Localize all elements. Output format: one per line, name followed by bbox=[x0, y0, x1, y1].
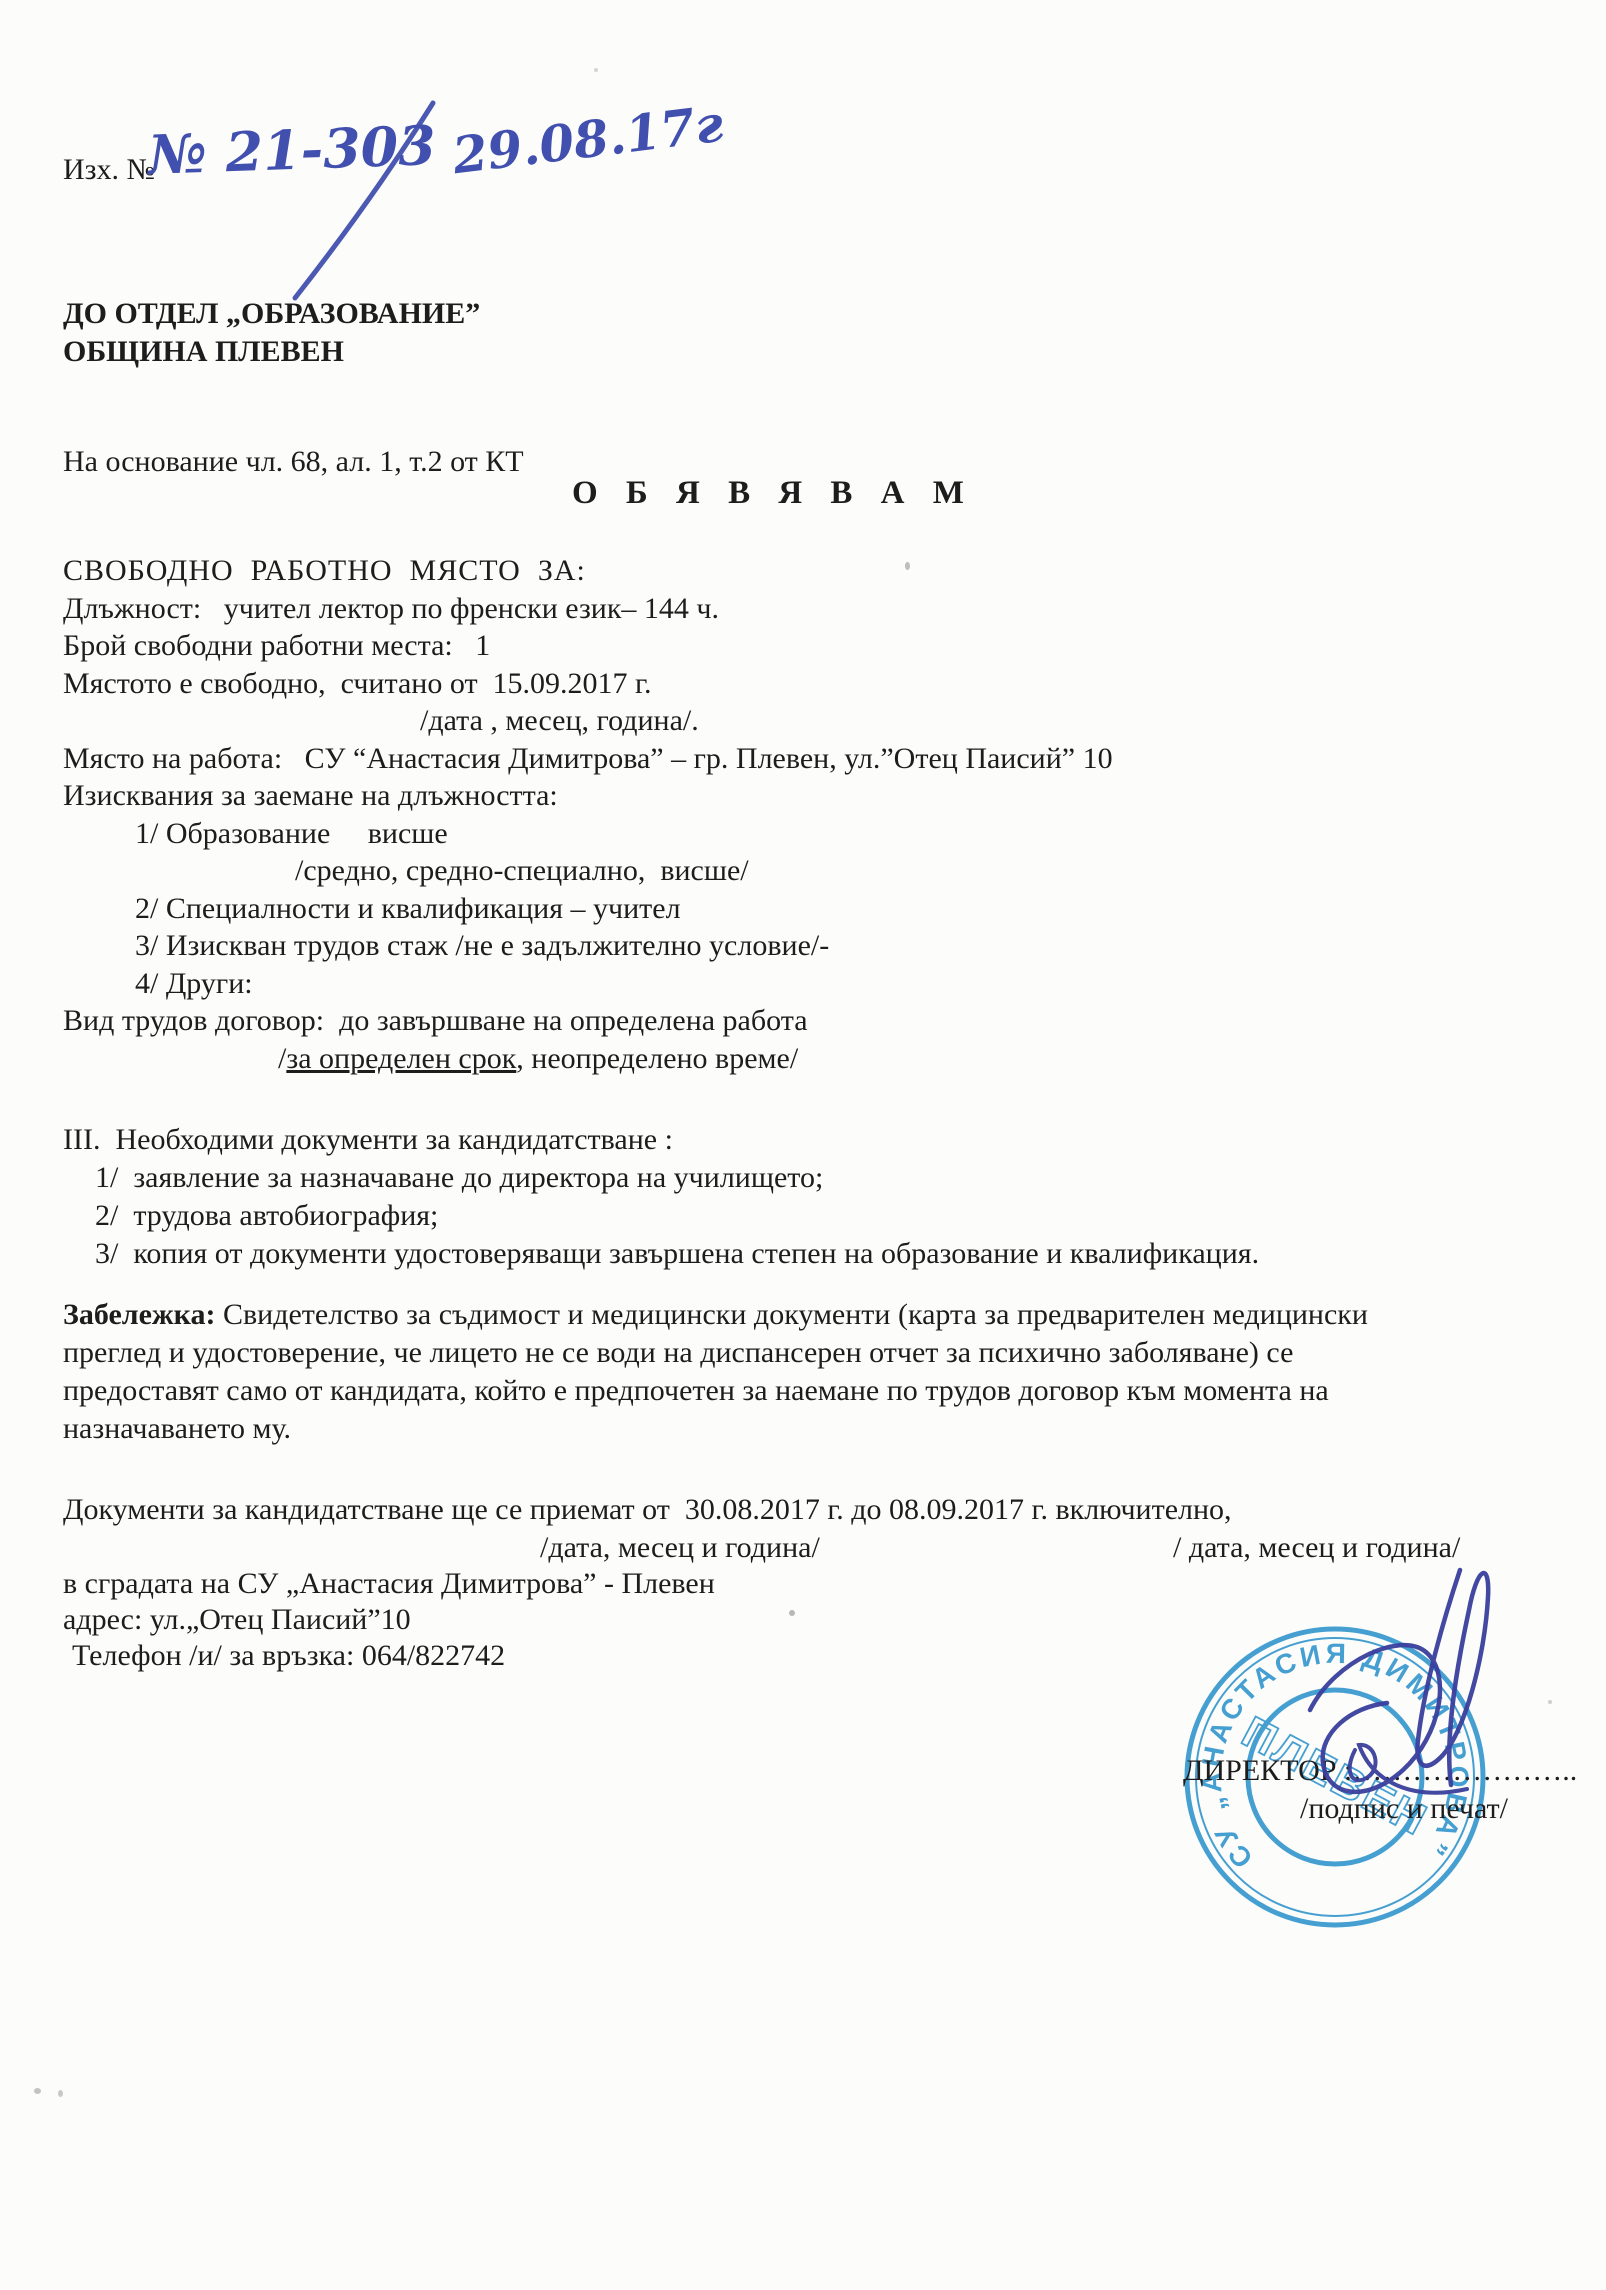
note-line-3: предоставят само от кандидата, който е п… bbox=[63, 1373, 1329, 1409]
addressee-line-1: ДО ОТДЕЛ „ОБРАЗОВАНИЕ” bbox=[63, 296, 480, 332]
vacancy-available-line: Мястото е свободно, считано от 15.09.201… bbox=[63, 666, 651, 702]
addressee-line-2: ОБЩИНА ПЛЕВЕН bbox=[63, 334, 344, 370]
requirement-1: 1/ Образование висше bbox=[135, 816, 448, 852]
vacancy-count-line: Брой свободни работни места: 1 bbox=[63, 628, 490, 664]
contract-type-line: Вид трудов договор: до завършване на опр… bbox=[63, 1003, 808, 1039]
scan-speck bbox=[789, 1610, 795, 1616]
requirement-3: 3/ Изискван трудов стаж /не е задължител… bbox=[135, 928, 829, 964]
legal-basis-line: На основание чл. 68, ал. 1, т.2 от КТ bbox=[63, 444, 524, 480]
documents-item-2: 2/ трудова автобиография; bbox=[95, 1198, 438, 1234]
submission-line-1: Документи за кандидатстване ще се приема… bbox=[63, 1492, 1232, 1528]
note-line-4: назначаването му. bbox=[63, 1411, 291, 1447]
contract-note-underlined: за определен срок bbox=[286, 1042, 516, 1075]
requirement-2: 2/ Специалности и квалификация – учител bbox=[135, 891, 681, 927]
note-line-1-text: Свидетелство за съдимост и медицински до… bbox=[215, 1298, 1367, 1331]
note-label: Забележка: bbox=[63, 1298, 215, 1331]
vacancy-workplace-line: Място на работа: СУ “Анастасия Димитрова… bbox=[63, 741, 1113, 777]
scan-speck bbox=[58, 2090, 63, 2097]
scan-speck bbox=[905, 562, 910, 570]
documents-item-1: 1/ заявление за назначаване до директора… bbox=[95, 1160, 823, 1196]
vacancy-date-note: /дата , месец, година/. bbox=[420, 703, 699, 739]
documents-item-3: 3/ копия от документи удостоверяващи зав… bbox=[95, 1236, 1259, 1272]
contract-note-suffix: , неопределено време/ bbox=[516, 1042, 798, 1075]
scan-speck bbox=[594, 68, 598, 72]
submission-line-3: адрес: ул.„Отец Паисий”10 bbox=[63, 1602, 411, 1638]
director-handwritten-signature bbox=[1255, 1535, 1555, 1845]
note-line-1: Забележка: Свидетелство за съдимост и ме… bbox=[63, 1297, 1368, 1333]
scan-speck bbox=[1548, 1700, 1552, 1704]
submission-date-note-left: /дата, месец и година/ bbox=[540, 1530, 820, 1566]
scan-speck bbox=[34, 2088, 41, 2094]
contract-type-note: /за определен срок, неопределено време/ bbox=[278, 1041, 798, 1077]
submission-line-2: в сградата на СУ „Анастасия Димитрова” -… bbox=[63, 1566, 715, 1602]
requirement-4: 4/ Други: bbox=[135, 966, 253, 1002]
vacancy-position-line: Длъжност: учител лектор по френски език–… bbox=[63, 591, 719, 627]
documents-section-heading: III. Необходими документи за кандидатств… bbox=[63, 1122, 673, 1158]
announcement-title: О Б Я В Я В А М bbox=[572, 475, 974, 511]
vacancy-requirements-heading: Изисквания за заемане на длъжността: bbox=[63, 778, 558, 814]
scanned-document-page: Изх. № № 21-303 29.08.17г ДО ОТДЕЛ „ОБРА… bbox=[0, 0, 1606, 2290]
note-line-2: преглед и удостоверение, че лицето не се… bbox=[63, 1335, 1293, 1371]
vacancy-heading: СВОБОДНО РАБОТНО МЯСТО ЗА: bbox=[63, 553, 586, 589]
requirement-1-note: /средно, средно-специално, висше/ bbox=[295, 853, 749, 889]
submission-line-4: Телефон /и/ за връзка: 064/822742 bbox=[72, 1638, 505, 1674]
